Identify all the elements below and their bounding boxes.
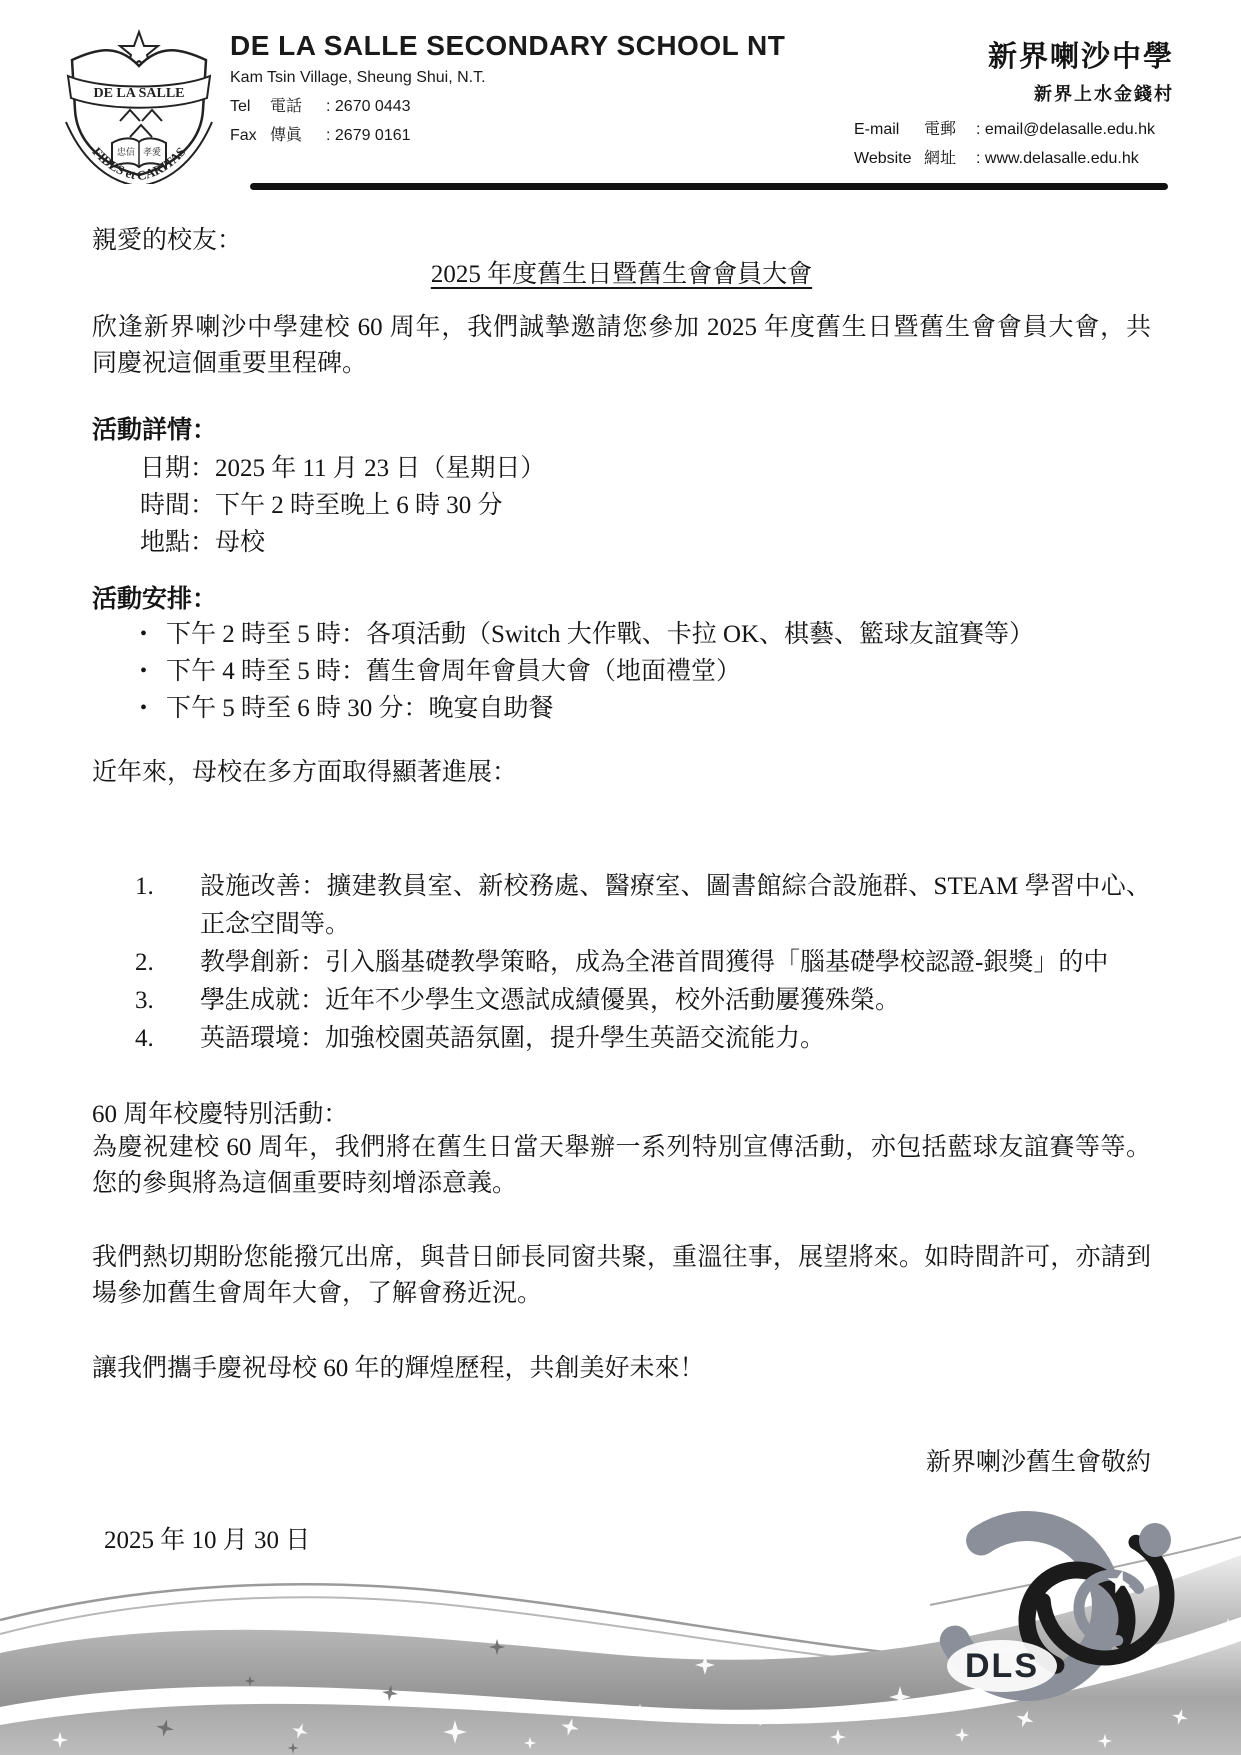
bullet-icon: • xyxy=(140,690,166,727)
website-label-zh: 網址 xyxy=(924,145,976,168)
email-row: E-mail 電郵 : email@delasalle.edu.hk xyxy=(854,116,1174,139)
crest-book-left-text: 忠信 xyxy=(117,146,135,157)
progress-text: 正念空間等。 xyxy=(200,906,1151,944)
arrangement-item: • 下午 4 時至 5 時：舊生會周年會員大會（地面禮堂） xyxy=(140,653,1151,690)
school-name-en: DE LA SALLE SECONDARY SCHOOL NT xyxy=(230,30,785,62)
website-value: : www.delasalle.edu.hk xyxy=(976,150,1139,168)
intro-paragraph: 欣逢新界喇沙中學建校 60 周年，我們誠摯邀請您參加 2025 年度舊生日暨舊生… xyxy=(92,310,1151,382)
letter-date: 2025 年 10 月 30 日 xyxy=(104,1520,1151,1556)
fax-label-en: Fax xyxy=(230,127,270,145)
email-value: : email@delasalle.edu.hk xyxy=(976,121,1155,139)
special-heading: 60 周年校慶特別活動： xyxy=(92,1094,1151,1130)
fax-label-zh: 傳眞 xyxy=(270,122,326,145)
special-line: 您的參與將為這個重要時刻增添意義。 xyxy=(92,1166,1151,1202)
item-number: 2. xyxy=(92,944,200,982)
closing-line: 讓我們攜手慶祝母校 60 年的輝煌歷程，共創美好未來！ xyxy=(92,1348,1151,1384)
detail-time: 時間：下午 2 時至晚上 6 時 30 分 xyxy=(140,487,1151,524)
school-address-zh: 新界上水金錢村 xyxy=(854,80,1174,106)
crest-banner-text: DE LA SALLE xyxy=(93,86,184,101)
header-divider xyxy=(250,183,1168,190)
details-heading: 活動詳情： xyxy=(92,410,1151,446)
progress-intro: 近年來，母校在多方面取得顯著進展： xyxy=(92,752,1151,788)
invite-paragraph: 我們熱切期盼您能撥冗出席，與昔日師長同窗共聚，重溫往事，展望將來。如時間許可，亦… xyxy=(92,1240,1151,1312)
tel-value: : 2670 0443 xyxy=(326,98,411,116)
logo-dls-text: DLS xyxy=(965,1647,1039,1685)
email-label-zh: 電郵 xyxy=(924,116,976,139)
fax-value: : 2679 0161 xyxy=(326,127,411,145)
letter-title: 2025 年度舊生日暨舊生會會員大會 xyxy=(92,254,1151,290)
arrangement-text: 下午 4 時至 5 時：舊生會周年會員大會（地面禮堂） xyxy=(166,653,741,690)
salutation: 親愛的校友： xyxy=(92,220,1151,256)
signature: 新界喇沙舊生會敬約 xyxy=(92,1442,1151,1478)
intro-line: 欣逢新界喇沙中學建校 60 周年，我們誠摯邀請您參加 2025 年度舊生日暨舊生… xyxy=(92,310,1151,346)
school-crest-logo: DE LA SALLE 忠信 孝愛 FIDES et CARITAS xyxy=(60,24,218,184)
detail-date: 日期：2025 年 11 月 23 日（星期日） xyxy=(140,450,1151,487)
bullet-icon: • xyxy=(140,616,166,653)
bullet-icon: • xyxy=(140,653,166,690)
crest-book-right-text: 孝愛 xyxy=(143,146,161,157)
item-number: 3. xyxy=(92,982,200,1020)
arrangement-item: • 下午 2 時至 5 時：各項活動（Switch 大作戰、卡拉 OK、棋藝、籃… xyxy=(140,616,1151,653)
arrangement-list: • 下午 2 時至 5 時：各項活動（Switch 大作戰、卡拉 OK、棋藝、籃… xyxy=(92,616,1151,727)
arrangement-text: 下午 2 時至 5 時：各項活動（Switch 大作戰、卡拉 OK、棋藝、籃球友… xyxy=(166,616,1034,653)
progress-text: 設施改善：擴建教員室、新校務處、醫療室、圖書館綜合設施群、STEAM 學習中心、 xyxy=(200,868,1151,906)
progress-item: 1. 設施改善：擴建教員室、新校務處、醫療室、圖書館綜合設施群、STEAM 學習… xyxy=(92,868,1151,944)
school-name-zh: 新界喇沙中學 xyxy=(854,34,1174,75)
sparkle-icons-dark xyxy=(154,1639,505,1754)
progress-text: 英語環境：加強校園英語氛圍，提升學生英語交流能力。 xyxy=(200,1020,1151,1058)
progress-text: 學生成就：近年不少學生文憑試成績優異，校外活動屢獲殊榮。 xyxy=(200,982,1151,1020)
arrangement-heading: 活動安排： xyxy=(92,579,1151,615)
tel-row: Tel 電話 : 2670 0443 xyxy=(230,93,785,116)
item-number: 1. xyxy=(92,868,200,944)
progress-item: 2. 教學創新：引入腦基礎教學策略，成為全港首間獲得「腦基礎學校認證-銀獎」的中… xyxy=(92,944,1151,982)
website-label-en: Website xyxy=(854,150,924,168)
anniversary-60-logo: DLS xyxy=(905,1478,1205,1713)
tel-label-zh: 電話 xyxy=(270,93,326,116)
detail-venue: 地點：母校 xyxy=(140,524,1151,561)
email-label-en: E-mail xyxy=(854,121,924,139)
details-list: 日期：2025 年 11 月 23 日（星期日） 時間：下午 2 時至晚上 6 … xyxy=(92,450,1151,561)
tel-label-en: Tel xyxy=(230,98,270,116)
item-number: 4. xyxy=(92,1020,200,1058)
progress-text: 教學創新：引入腦基礎教學策略，成為全港首間獲得「腦基礎學校認證-銀獎」的中學。 xyxy=(200,944,1151,982)
intro-line: 同慶祝這個重要里程碑。 xyxy=(92,346,1151,382)
website-row: Website 網址 : www.delasalle.edu.hk xyxy=(854,145,1174,168)
progress-item: 3. 學生成就：近年不少學生文憑試成績優異，校外活動屢獲殊榮。 xyxy=(92,982,1151,1020)
letter-page: DE LA SALLE 忠信 孝愛 FIDES et CARITAS DE LA… xyxy=(0,0,1241,1755)
sparkle-icons xyxy=(52,1618,1238,1749)
arrangement-item: • 下午 5 時至 6 時 30 分：晚宴自助餐 xyxy=(140,690,1151,727)
special-paragraph: 為慶祝建校 60 周年，我們將在舊生日當天舉辦一系列特別宣傳活動，亦包括藍球友誼… xyxy=(92,1130,1151,1202)
invite-line: 我們熱切期盼您能撥冗出席，與昔日師長同窗共聚，重溫往事，展望將來。如時間許可，亦… xyxy=(92,1240,1151,1276)
arrangement-text: 下午 5 時至 6 時 30 分：晚宴自助餐 xyxy=(166,690,554,727)
school-address-en: Kam Tsin Village, Sheung Shui, N.T. xyxy=(230,69,785,87)
invite-line: 場參加舊生會周年大會，了解會務近況。 xyxy=(92,1276,1151,1312)
progress-item: 4. 英語環境：加強校園英語氛圍，提升學生英語交流能力。 xyxy=(92,1020,1151,1058)
fax-row: Fax 傳眞 : 2679 0161 xyxy=(230,122,785,145)
progress-list: 1. 設施改善：擴建教員室、新校務處、醫療室、圖書館綜合設施群、STEAM 學習… xyxy=(92,868,1151,1058)
special-line: 為慶祝建校 60 周年，我們將在舊生日當天舉辦一系列特別宣傳活動，亦包括藍球友誼… xyxy=(92,1130,1151,1166)
